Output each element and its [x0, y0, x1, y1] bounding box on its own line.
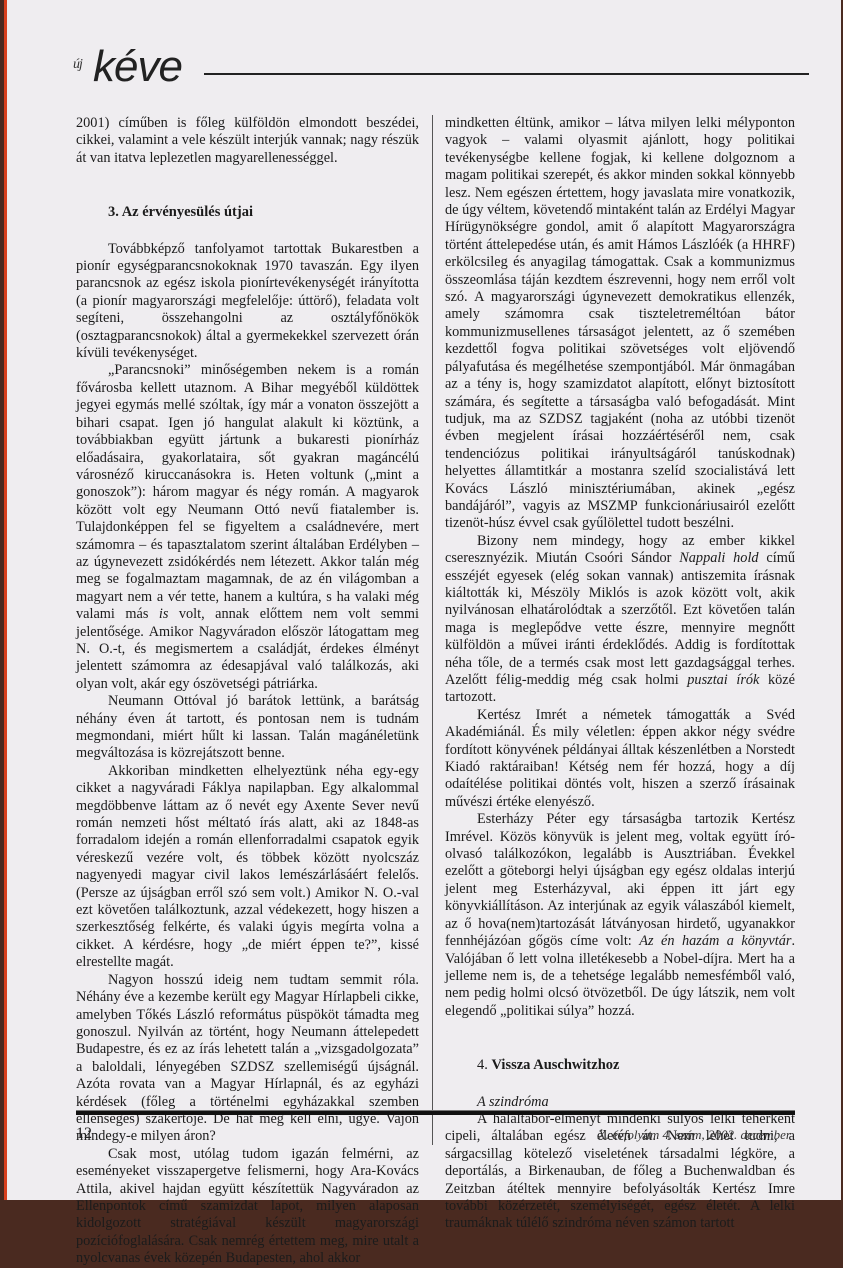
right-column: mindketten éltünk, amikor – látva milyen…: [445, 115, 795, 1200]
paragraph: mindketten éltünk, amikor – látva milyen…: [445, 115, 795, 533]
paragraph: Kertész Imrét a németek támogatták a Své…: [445, 707, 795, 811]
paragraph: 2001) címűben is főleg külföldön elmondo…: [76, 115, 419, 167]
page-number: 12: [76, 1125, 92, 1143]
paragraph: Neumann Ottóval jó barátok lettünk, a ba…: [76, 693, 419, 763]
masthead-rule: [204, 73, 809, 75]
logo-prefix: új: [73, 57, 82, 73]
masthead: új kéve: [69, 45, 809, 95]
section-heading: 3. Az érvényesülés útjai: [76, 204, 419, 221]
issue-info: X. évfolyam 4. szám, 2002. december: [598, 1127, 791, 1143]
paragraph: Csak most, utólag tudom igazán felmérni,…: [76, 1146, 419, 1200]
column-divider: [432, 115, 433, 1145]
paragraph: Akkoriban mindketten elhelyeztünk néha e…: [76, 763, 419, 972]
subsection-heading: A szindróma: [445, 1094, 795, 1111]
section-heading: 4. Vissza Auschwitzhoz: [445, 1057, 795, 1074]
paragraph: A haláltábor-élményt mindenki súlyos lel…: [445, 1111, 795, 1200]
logo-title: kéve: [93, 45, 182, 89]
magazine-page: új kéve 2001) címűben is főleg külföldön…: [4, 0, 841, 1200]
paragraph: Bizony nem mindegy, hogy az ember kikkel…: [445, 533, 795, 707]
footer-rule: [76, 1110, 795, 1115]
paragraph: „Parancsnoki” minőségemben nekem is a ro…: [76, 362, 419, 693]
paragraph: Továbbképző tanfolyamot tartottak Bukare…: [76, 241, 419, 363]
paragraph: Nagyon hosszú ideig nem tudtam semmit ró…: [76, 972, 419, 1146]
paragraph: Esterházy Péter egy társaságba tartozik …: [445, 811, 795, 1020]
left-column: 2001) címűben is főleg külföldön elmondo…: [76, 115, 419, 1200]
